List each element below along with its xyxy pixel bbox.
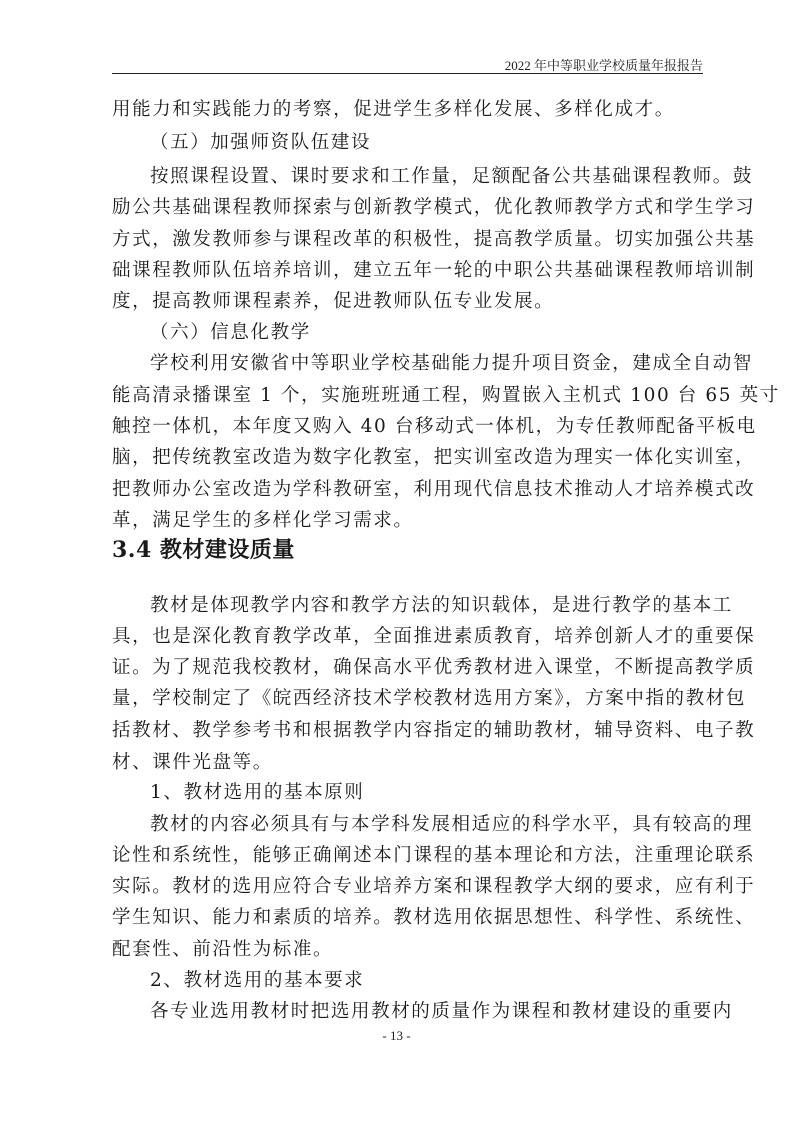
subsection-heading: （六）信息化教学 (150, 322, 750, 344)
paragraph-line: 方式，激发教师参与课程改革的积极性，提高教学质量。切实加强公共基 (112, 229, 712, 251)
header-title: 2022 年中等职业学校质量年报报告 (505, 55, 703, 74)
paragraph-line: 各专业选用教材时把选用教材的质量作为课程和教材建设的重要内 (150, 1001, 750, 1023)
paragraph-line: 教材的内容必须具有与本学科发展相适应的科学水平，具有较高的理 (150, 814, 750, 836)
paragraph-line: 材、课件光盘等。 (112, 752, 712, 774)
subsection-heading: 2、教材选用的基本要求 (150, 970, 750, 992)
section-heading: 3.4 教材建设质量 (112, 533, 295, 564)
paragraph-line: 按照课程设置、课时要求和工作量，足额配备公共基础课程教师。鼓 (150, 166, 750, 188)
paragraph-line: 把教师办公室改造为学科教研室，利用现代信息技术推动人才培养模式改 (112, 479, 712, 501)
paragraph-line: 配套性、前沿性为标准。 (112, 939, 712, 961)
subsection-heading: 1、教材选用的基本原则 (150, 782, 750, 804)
paragraph-line: 论性和系统性，能够正确阐述本门课程的基本理论和方法，注重理论联系 (112, 845, 712, 867)
paragraph-line: 学生知识、能力和素质的培养。教材选用依据思想性、科学性、系统性、 (112, 907, 712, 929)
subsection-heading: （五）加强师资队伍建设 (150, 132, 750, 154)
header-divider (112, 73, 703, 74)
paragraph-line: 能高清录播课室 1 个，实施班班通工程，购置嵌入主机式 100 台 65 英寸 (112, 385, 712, 407)
paragraph-line: 教材是体现教学内容和教学方法的知识载体，是进行教学的基本工 (150, 595, 750, 617)
paragraph-line: 励公共基础课程教师探索与创新教学模式，优化教师教学方式和学生学习 (112, 197, 712, 219)
paragraph-line: 具，也是深化教育教学改革，全面推进素质教育，培养创新人才的重要保 (112, 626, 712, 648)
paragraph-line: 括教材、教学参考书和根据教学内容指定的辅助教材，辅导资料、电子教 (112, 720, 712, 742)
paragraph-line: 学校利用安徽省中等职业学校基础能力提升项目资金，建成全自动智 (150, 353, 750, 375)
paragraph-line: 触控一体机，本年度又购入 40 台移动式一体机，为专任教师配备平板电 (112, 416, 712, 438)
paragraph-line: 实际。教材的选用应符合专业培养方案和课程教学大纲的要求，应有利于 (112, 876, 712, 898)
paragraph-line: 革，满足学生的多样化学习需求。 (112, 510, 712, 532)
paragraph-line: 度，提高教师课程素养，促进教师队伍专业发展。 (112, 291, 712, 313)
paragraph-line: 础课程教师队伍培养培训，建立五年一轮的中职公共基础课程教师培训制 (112, 260, 712, 282)
page-number: - 13 - (0, 1028, 793, 1044)
paragraph-line: 用能力和实践能力的考察，促进学生多样化发展、多样化成才。 (112, 99, 712, 121)
paragraph-line: 量，学校制定了《皖西经济技术学校教材选用方案》，方案中指的教材包 (112, 688, 712, 710)
paragraph-line: 证。为了规范我校教材，确保高水平优秀教材进入课堂，不断提高教学质 (112, 657, 712, 679)
paragraph-line: 脑，把传统教室改造为数字化教室，把实训室改造为理实一体化实训室， (112, 447, 712, 469)
